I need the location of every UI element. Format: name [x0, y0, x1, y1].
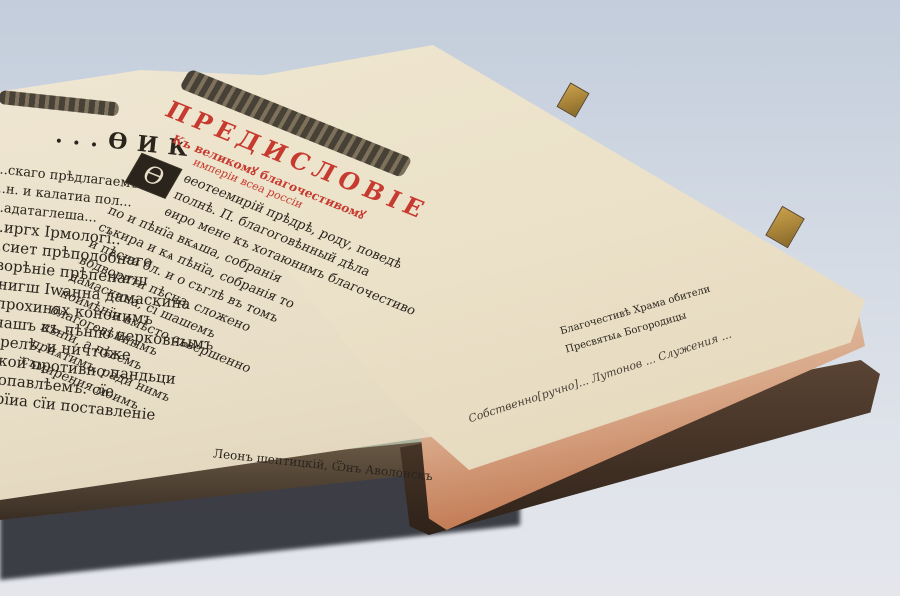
- brass-clasp-top: [556, 82, 589, 117]
- brass-clasp-bottom: [765, 206, 805, 248]
